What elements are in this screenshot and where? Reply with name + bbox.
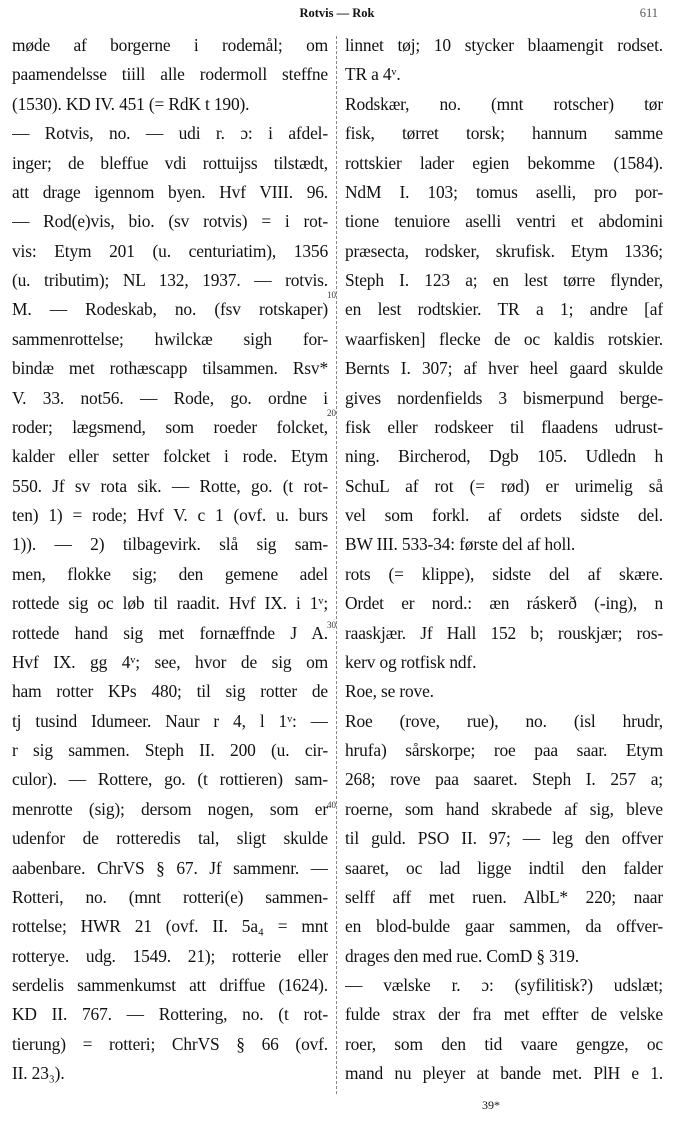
- text-line: (1530). KD IV. 451 (= RdK t 190).: [12, 90, 328, 119]
- text-line: 1)). — 2) tilbagevirk. slå sig sam-: [12, 530, 328, 559]
- text-line: att drage igennom byen. Hvf VIII. 96.: [12, 178, 328, 207]
- text-line: linnet tøj; 10 stycker blaamengit rodset…: [345, 31, 663, 60]
- text-line: vis: Etym 201 (u. centuriatim), 1356: [12, 237, 328, 266]
- text-line: Steph I. 123 a; en lest tørre flynder,: [345, 266, 663, 295]
- text-line: hrufa) sårskorpe; roe paa saar. Etym: [345, 736, 663, 765]
- page-number: 611: [640, 6, 658, 21]
- left-column: møde af borgerne i rodemål; ompaamendels…: [12, 31, 328, 1089]
- text-line: præsecta, rodsker, skrufisk. Etym 1336;: [345, 237, 663, 266]
- text-line: ten) 1) = rode; Hvf V. c 1 (ovf. u. burs: [12, 501, 328, 530]
- text-line: drages den med rue. ComD § 319.: [345, 942, 663, 971]
- text-line: Hvf IX. gg 4ᵛ; see, hvor de sig om: [12, 648, 328, 677]
- text-line: gives nordenfields 3 bismerpund berge-: [345, 384, 663, 413]
- text-line: saaret, oc lad ligge indtil den falder: [345, 854, 663, 883]
- text-line: kerv og rotfisk ndf.: [345, 648, 663, 677]
- text-line: II. 23₃).: [12, 1059, 328, 1088]
- text-line: selff aff met ruen. AlbL* 220; naar: [345, 883, 663, 912]
- text-line: ham rotter KPs 480; til sig rotter de: [12, 677, 328, 706]
- text-line: BW III. 533-34: første del af holl.: [345, 530, 663, 559]
- text-line: M. — Rodeskab, no. (fsv rotskaper): [12, 295, 328, 324]
- text-line: ning. Bircherod, Dgb 105. Udledn h: [345, 442, 663, 471]
- text-line: waarfisken] flecke de oc kaldis rotskier…: [345, 325, 663, 354]
- text-line: Roe (rove, rue), no. (isl hrudr,: [345, 707, 663, 736]
- text-line: men, flokke sig; den gemene adel: [12, 560, 328, 589]
- text-line: sammenrottelse; hwilckæ sigh for-: [12, 325, 328, 354]
- text-line: rottelse; HWR 21 (ovf. II. 5a₄ = mnt: [12, 912, 328, 941]
- page-header: Rotvis — Rok 611: [0, 6, 674, 24]
- text-line: NdM I. 103; tomus aselli, pro por-: [345, 178, 663, 207]
- text-line: serdelis sammenkumst att driffue (1624).: [12, 971, 328, 1000]
- text-line: vel som forkl. af ordets sidste del.: [345, 501, 663, 530]
- text-line: TR a 4ᵛ.: [345, 60, 663, 89]
- text-line: — Rod(e)vis, bio. (sv rotvis) = i rot-: [12, 207, 328, 236]
- text-line: rottskier lader egien bekomme (1584).: [345, 149, 663, 178]
- text-line: en blod-bulde gaar sammen, da offver-: [345, 912, 663, 941]
- text-line: kalder eller setter folcket i rode. Etym: [12, 442, 328, 471]
- column-divider: [336, 36, 338, 1094]
- text-line: tione tenuiore aselli ventri et abdomini: [345, 207, 663, 236]
- text-line: 268; rove paa saaret. Steph I. 257 a;: [345, 765, 663, 794]
- text-line: paamendelsse tiill alle rodermoll steffn…: [12, 60, 328, 89]
- right-column: linnet tøj; 10 stycker blaamengit rodset…: [345, 31, 663, 1089]
- text-line: fisk eller rodskeer til flaadens udrust-: [345, 413, 663, 442]
- text-line: fisk, tørret torsk; hannum samme: [345, 119, 663, 148]
- text-line: Roe, se rove.: [345, 677, 663, 706]
- text-line: fulde strax der fra met effter de velske: [345, 1000, 663, 1029]
- line-number-40: 40: [327, 800, 336, 810]
- text-line: raaskjær. Jf Hall 152 b; rouskjær; ros-: [345, 619, 663, 648]
- text-line: møde af borgerne i rodemål; om: [12, 31, 328, 60]
- text-line: menrotte (sig); dersom nogen, som er: [12, 795, 328, 824]
- text-line: Rotteri, no. (mnt rotteri(e) sammen-: [12, 883, 328, 912]
- text-line: roer, som den tid vaare gengze, oc: [345, 1030, 663, 1059]
- text-line: 550. Jf sv rota sik. — Rotte, go. (t rot…: [12, 472, 328, 501]
- running-head: Rotvis — Rok: [0, 6, 674, 21]
- text-line: en lest rodtskier. TR a 1; andre [af: [345, 295, 663, 324]
- line-number-20: 20: [327, 408, 336, 418]
- text-line: (u. tributim); NL 132, 1937. — rotvis.: [12, 266, 328, 295]
- text-line: rottede sig oc løb til raadit. Hvf IX. i…: [12, 589, 328, 618]
- text-line: udenfor de rotteredis tal, sligt skulde: [12, 824, 328, 853]
- text-line: roerne, som hand skrabede af sig, bleve: [345, 795, 663, 824]
- text-line: Rodskær, no. (mnt rotscher) tør: [345, 90, 663, 119]
- text-line: — Rotvis, no. — udi r. ɔ: i afdel-: [12, 119, 328, 148]
- text-line: til guld. PSO II. 97; — leg den offver: [345, 824, 663, 853]
- line-number-10: 10: [327, 290, 336, 300]
- text-line: tierung) = rotteri; ChrVS § 66 (ovf.: [12, 1030, 328, 1059]
- text-line: SchuL af rot (= rød) er urimelig så: [345, 472, 663, 501]
- text-line: mand nu pleyer at bande met. PlH e 1.: [345, 1059, 663, 1088]
- text-line: — vælske r. ɔ: (syfilitisk?) udslæt;: [345, 971, 663, 1000]
- text-line: Bernts I. 307; af hver heel gaard skulde: [345, 354, 663, 383]
- text-line: aabenbare. ChrVS § 67. Jf sammenr. —: [12, 854, 328, 883]
- text-line: rotterye. udg. 1549. 21); rotterie eller: [12, 942, 328, 971]
- text-line: Ordet er nord.: æn ráskerð (-ing), n: [345, 589, 663, 618]
- text-line: tj tusind Idumeer. Naur r 4, l 1ᵛ: —: [12, 707, 328, 736]
- text-line: V. 33. not56. — Rode, go. ordne i: [12, 384, 328, 413]
- text-line: inger; de bleffue vdi rottuijss tilstædt…: [12, 149, 328, 178]
- text-line: bindæ met rothæscapp tilsammen. Rsv*: [12, 354, 328, 383]
- text-line: rottede hand sig met fornæffnde J A.: [12, 619, 328, 648]
- text-line: roder; lægsmend, som roeder folcket,: [12, 413, 328, 442]
- text-line: KD II. 767. — Rottering, no. (t rot-: [12, 1000, 328, 1029]
- text-line: culor). — Rottere, go. (t rottieren) sam…: [12, 765, 328, 794]
- signature-mark: 39*: [482, 1098, 500, 1113]
- line-number-30: 30: [327, 620, 336, 630]
- text-line: r sig sammen. Steph II. 200 (u. cir-: [12, 736, 328, 765]
- text-line: rots (= klippe), sidste del af skære.: [345, 560, 663, 589]
